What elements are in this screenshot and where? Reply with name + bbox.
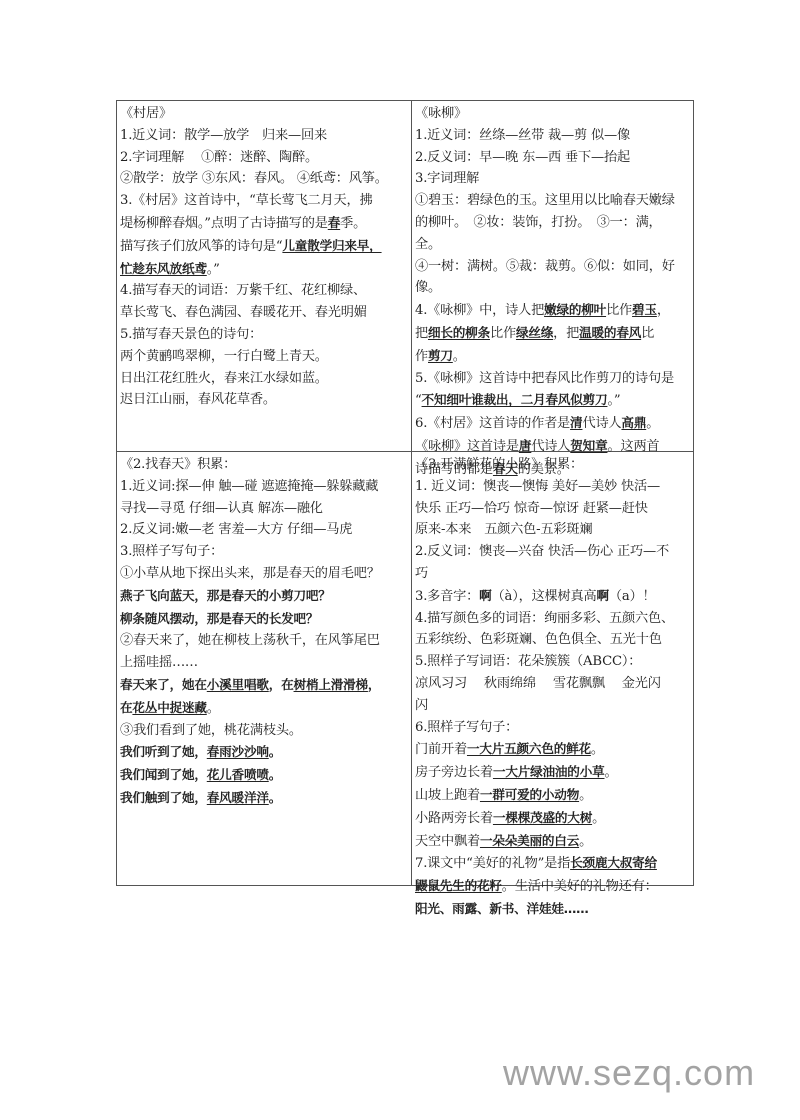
text-run: 代诗人 <box>582 416 621 431</box>
text-line: 6.照样子写句子： <box>415 717 691 739</box>
text-line: 天空中飘着一朵朵美丽的白云。 <box>415 830 691 853</box>
text-run: 2.字词理解 ①醉：迷醉、陶醉。 <box>120 150 318 165</box>
text-run: 五彩缤纷、色彩斑斓、色色俱全、五光十色 <box>415 632 662 647</box>
answer-highlight: 花丛中捉迷藏 <box>132 700 206 715</box>
text-line: 山坡上跑着一群可爱的小动物。 <box>415 784 691 807</box>
text-run: 1. 近义词：懊丧—懊悔 美好—美妙 快活— <box>415 479 660 494</box>
text-line: 3.照样子写句子： <box>120 541 408 563</box>
text-line: 7.课文中“美好的礼物”是指长颈鹿大叔寄给 <box>415 852 691 875</box>
section-lines: 1.近义词：散学—放学 归来—回来2.字词理解 ①醉：迷醉、陶醉。②散学：放学 … <box>120 125 408 411</box>
answer-highlight: 儿童散学归来早， <box>282 238 381 253</box>
text-run: 5.照样子写词语：花朵簇簇（ABCC）： <box>415 654 641 669</box>
answer-highlight: 唐 <box>519 438 531 453</box>
answer-highlight: 一棵棵茂盛的大树 <box>493 810 592 825</box>
text-run: 3.多音字： <box>415 589 479 604</box>
text-run: 。 <box>604 765 617 780</box>
section-lines: 1.近义词：丝绦—丝带 裁—剪 似—像2.反义词：早—晚 东—西 垂下—抬起3.… <box>415 125 691 481</box>
text-run: 3.《村居》这首诗中，“草长莺飞二月天，拂 <box>120 193 373 208</box>
answer-highlight: 长颈鹿大叔寄给 <box>570 855 657 870</box>
answer-highlight: 剪刀 <box>428 348 453 363</box>
text-line: 把细长的柳条比作绿丝绦，把温暖的春风比 <box>415 322 691 345</box>
text-run: 1.近义词：散学—放学 归来—回来 <box>120 128 327 143</box>
text-run: 6.《村居》这首诗的作者是 <box>415 416 570 431</box>
text-run: 。 <box>591 742 604 757</box>
text-line: 4.描写春天的词语：万紫千红、花红柳绿、 <box>120 280 408 302</box>
text-run: 门前开着 <box>415 742 467 757</box>
text-run: 迟日江山丽，春风花草香。 <box>120 392 276 407</box>
text-line: 凉风习习 秋雨绵绵 雪花飘飘 金光闪 <box>415 673 691 695</box>
text-run: 我们听到了她， <box>120 744 207 759</box>
text-line: 寻找—寻觅 仔细—认真 解冻—融化 <box>120 498 408 520</box>
text-run: 像。 <box>415 280 441 295</box>
answer-highlight: 春 <box>328 215 340 230</box>
text-run: 在 <box>120 700 132 715</box>
answer-highlight: 细长的柳条 <box>428 325 490 340</box>
text-line: 3.《村居》这首诗中，“草长莺飞二月天，拂 <box>120 190 408 212</box>
text-line: 燕子飞向蓝天，那是春天的小剪刀吧？ <box>120 585 408 608</box>
text-line: 3.字词理解 <box>415 168 691 190</box>
text-line: 小路两旁长着一棵棵茂盛的大树。 <box>415 807 691 830</box>
answer-highlight: 树梢上滑滑梯 <box>294 677 368 692</box>
text-line: 1. 近义词：懊丧—懊悔 美好—美妙 快活— <box>415 476 691 498</box>
text-line: 在花丛中捉迷藏。 <box>120 697 408 720</box>
text-line: 作剪刀。 <box>415 345 691 368</box>
text-run: 柳条随风摆动，那是春天的长发吧？ <box>120 611 318 626</box>
section-lines: 1.近义词:探—伸 触—碰 遮遮掩掩—躲躲藏藏寻找—寻觅 仔细—认真 解冻—融化… <box>120 476 408 810</box>
text-run: 把 <box>415 326 428 341</box>
text-run: 。 <box>207 701 220 716</box>
answer-highlight: 小溪里唱歌 <box>207 677 269 692</box>
answer-highlight: 贺知章 <box>570 438 607 453</box>
text-run: ①碧玉：碧绿色的玉。这里用以比喻春天嫩绿 <box>415 193 675 208</box>
text-line: 3.多音字：啊（à），这棵树真高啊（a）！ <box>415 585 691 608</box>
text-run: 草长莺飞、春色满园、春暖花开、春光明媚 <box>120 305 367 320</box>
answer-highlight: 嫩绿的柳叶 <box>544 302 606 317</box>
text-run: ， <box>368 677 380 692</box>
cell-kaiman-xianhua-xiaolu: 《3.开满鲜花的小路》积累： 1. 近义词：懊丧—懊悔 美好—美妙 快活—快乐 … <box>412 452 694 886</box>
text-run: ， <box>657 303 670 318</box>
text-run: ①小草从地下探出头来，那是春天的眉毛吧？ <box>120 566 380 581</box>
text-line: 全。 <box>415 234 691 256</box>
text-run: 1.近义词:探—伸 触—碰 遮遮掩掩—躲躲藏藏 <box>120 479 378 494</box>
text-run: 。生活中美好的礼物还有： <box>502 879 658 894</box>
text-run: 的柳叶。 ②妆：装饰，打扮。 ③一：满， <box>415 215 662 230</box>
text-run: 天空中飘着 <box>415 834 480 849</box>
text-run: 3.照样子写句子： <box>120 544 223 559</box>
text-run: 季。 <box>340 216 366 231</box>
text-run: 4.《咏柳》中，诗人把 <box>415 303 544 318</box>
section-title: 《村居》 <box>120 103 408 125</box>
text-line: 4.描写颜色多的词语：绚丽多彩、五颜六色、 <box>415 608 691 630</box>
text-line: 1.近义词：散学—放学 归来—回来 <box>120 125 408 147</box>
text-run: ④一树：满树。⑤裁：裁剪。⑥似：如同，好 <box>415 259 675 274</box>
text-run: 。” <box>607 393 620 408</box>
section-title: 《3.开满鲜花的小路》积累： <box>415 454 691 476</box>
text-run: 。 <box>592 811 605 826</box>
text-line: ③我们看到了她，桃花满枝头。 <box>120 720 408 742</box>
text-run: 全。 <box>415 237 441 252</box>
text-run: 5.描写春天景色的诗句： <box>120 327 262 342</box>
text-run: （à），这棵树真高 <box>492 589 597 604</box>
text-line: 闪 <box>415 695 691 717</box>
answer-highlight: 碧玉 <box>632 302 657 317</box>
text-line: 我们听到了她，春雨沙沙响。 <box>120 741 408 764</box>
text-run: 2.反义词：懊丧—兴奋 快活—伤心 正巧—不 <box>415 544 669 559</box>
text-line: 两个黄鹂鸣翠柳，一行白鹭上青天。 <box>120 346 408 368</box>
text-line: 我们闻到了她，花儿香喷喷。 <box>120 764 408 787</box>
text-run: ③我们看到了她，桃花满枝头。 <box>120 723 302 738</box>
text-line: 2.反义词:嫩—老 害羞—大方 仔细—马虎 <box>120 519 408 541</box>
notes-table: 《村居》 1.近义词：散学—放学 归来—回来2.字词理解 ①醉：迷醉、陶醉。②散… <box>116 100 694 886</box>
text-run: 。 <box>646 416 659 431</box>
text-line: 2.字词理解 ①醉：迷醉、陶醉。 <box>120 147 408 169</box>
text-line: 草长莺飞、春色满园、春暖花开、春光明媚 <box>120 302 408 324</box>
text-run: 。 <box>269 744 281 759</box>
text-run: 描写孩子们放风筝的诗句是“ <box>120 239 282 254</box>
text-run: 。 <box>269 767 281 782</box>
text-run: 日出江花红胜火，春来江水绿如蓝。 <box>120 371 328 386</box>
text-line: ①小草从地下探出头来，那是春天的眉毛吧？ <box>120 563 408 585</box>
text-line: 房子旁边长着一大片绿油油的小草。 <box>415 761 691 784</box>
text-run: 阳光、雨露、新书、洋娃娃…… <box>415 901 589 916</box>
text-run: 比作 <box>606 303 632 318</box>
text-line: 鼹鼠先生的花籽。生活中美好的礼物还有： <box>415 875 691 898</box>
section-title: 《2.找春天》积累： <box>120 454 408 476</box>
answer-highlight: 绿丝绦 <box>516 325 553 340</box>
text-line: 忙趁东风放纸鸢。” <box>120 258 408 281</box>
text-run: 1.近义词：丝绦—丝带 裁—剪 似—像 <box>415 128 630 143</box>
answer-highlight: 春雨沙沙响 <box>207 744 269 759</box>
text-line: 迟日江山丽，春风花草香。 <box>120 389 408 411</box>
text-run: 春天来了，她在 <box>120 677 207 692</box>
text-line: 5.照样子写词语：花朵簇簇（ABCC）： <box>415 651 691 673</box>
cell-cunju: 《村居》 1.近义词：散学—放学 归来—回来2.字词理解 ①醉：迷醉、陶醉。②散… <box>117 101 411 451</box>
text-run: 我们触到了她， <box>120 790 207 805</box>
answer-highlight: 花儿香喷喷 <box>207 767 269 782</box>
text-line: 巧 <box>415 563 691 585</box>
text-line: 1.近义词:探—伸 触—碰 遮遮掩掩—躲躲藏藏 <box>120 476 408 498</box>
text-line: ①碧玉：碧绿色的玉。这里用以比喻春天嫩绿 <box>415 190 691 212</box>
text-run: 3.字词理解 <box>415 171 479 186</box>
text-line: 阳光、雨露、新书、洋娃娃…… <box>415 898 691 921</box>
text-line: 春天来了，她在小溪里唱歌，在树梢上滑滑梯， <box>120 674 408 697</box>
text-run: ②散学：放学 ③东风：春风。 ④纸鸢：风筝。 <box>120 171 388 186</box>
text-line: 五彩缤纷、色彩斑斓、色色俱全、五光十色 <box>415 629 691 651</box>
answer-highlight: 一大片五颜六色的鲜花 <box>467 741 591 756</box>
text-line: 描写孩子们放风筝的诗句是“儿童散学归来早， <box>120 235 408 258</box>
cell-yongliu: 《咏柳》 1.近义词：丝绦—丝带 裁—剪 似—像2.反义词：早—晚 东—西 垂下… <box>412 101 694 451</box>
text-run: ，在 <box>269 677 294 692</box>
text-run: 快乐 正巧—恰巧 惊奇—惊讶 赶紧—赶快 <box>415 501 648 516</box>
text-run: 堤杨柳醉春烟。”点明了古诗描写的是 <box>120 216 328 231</box>
answer-highlight: 忙趁东风放纸鸢 <box>120 261 207 276</box>
text-line: 1.近义词：丝绦—丝带 裁—剪 似—像 <box>415 125 691 147</box>
section-lines: 1. 近义词：懊丧—懊悔 美好—美妙 快活—快乐 正巧—恰巧 惊奇—惊讶 赶紧—… <box>415 476 691 921</box>
text-run: 。 <box>269 790 281 805</box>
text-run: 闪 <box>415 698 428 713</box>
text-run: 房子旁边长着 <box>415 765 493 780</box>
answer-highlight: 清 <box>570 415 582 430</box>
text-run: 山坡上跑着 <box>415 788 480 803</box>
text-line: 像。 <box>415 277 691 299</box>
text-run: 5.《咏柳》这首诗中把春风比作剪刀的诗句是 <box>415 371 674 386</box>
answer-highlight: 温暖的春风 <box>579 325 641 340</box>
section-title: 《咏柳》 <box>415 103 691 125</box>
text-run: 6.照样子写句子： <box>415 720 518 735</box>
text-run: 两个黄鹂鸣翠柳，一行白鹭上青天。 <box>120 349 328 364</box>
text-run: 原来-本来 五颜六色-五彩斑斓 <box>415 522 592 537</box>
text-run: 。” <box>207 262 220 277</box>
answer-highlight: 一群可爱的小动物 <box>480 787 579 802</box>
text-run: 4.描写颜色多的词语：绚丽多彩、五颜六色、 <box>415 611 674 626</box>
text-run: 啊 <box>597 588 609 603</box>
answer-highlight: 春风暖洋洋 <box>207 790 269 805</box>
text-line: 6.《村居》这首诗的作者是清代诗人高鼎。 <box>415 412 691 435</box>
text-line: 4.《咏柳》中，诗人把嫩绿的柳叶比作碧玉， <box>415 299 691 322</box>
text-line: 的柳叶。 ②妆：装饰，打扮。 ③一：满， <box>415 212 691 234</box>
text-run: 比作 <box>490 326 516 341</box>
answer-highlight: 一朵朵美丽的白云 <box>480 833 579 848</box>
text-line: ④一树：满树。⑤裁：裁剪。⑥似：如同，好 <box>415 256 691 278</box>
answer-highlight: 鼹鼠先生的花籽 <box>415 878 502 893</box>
text-run: 寻找—寻觅 仔细—认真 解冻—融化 <box>120 501 323 516</box>
text-line: “不知细叶谁裁出，二月春风似剪刀。” <box>415 389 691 412</box>
text-run: ，把 <box>553 326 579 341</box>
text-run: 2.反义词：早—晚 东—西 垂下—抬起 <box>415 150 630 165</box>
text-line: 我们触到了她，春风暖洋洋。 <box>120 787 408 810</box>
text-line: 上摇哇摇…… <box>120 652 408 674</box>
answer-highlight: 不知细叶谁裁出，二月春风似剪刀 <box>422 392 608 407</box>
text-run: 凉风习习 秋雨绵绵 雪花飘飘 金光闪 <box>415 676 661 691</box>
text-line: ②春天来了，她在柳枝上荡秋千，在风筝尾巴 <box>120 630 408 652</box>
text-run: 7.课文中“美好的礼物”是指 <box>415 856 570 871</box>
text-run: 作 <box>415 349 428 364</box>
text-run: 。 <box>579 788 592 803</box>
text-line: 原来-本来 五颜六色-五彩斑斓 <box>415 519 691 541</box>
text-run: ②春天来了，她在柳枝上荡秋千，在风筝尾巴 <box>120 633 380 648</box>
text-line: 堤杨柳醉春烟。”点明了古诗描写的是春季。 <box>120 212 408 235</box>
text-line: 2.反义词：懊丧—兴奋 快活—伤心 正巧—不 <box>415 541 691 563</box>
text-run: 我们闻到了她， <box>120 767 207 782</box>
text-line: 2.反义词：早—晚 东—西 垂下—抬起 <box>415 147 691 169</box>
text-run: （a）！ <box>609 589 656 604</box>
text-run: 4.描写春天的词语：万紫千红、花红柳绿、 <box>120 283 366 298</box>
text-run: 。 <box>453 349 466 364</box>
text-run: 小路两旁长着 <box>415 811 493 826</box>
text-line: 快乐 正巧—恰巧 惊奇—惊讶 赶紧—赶快 <box>415 498 691 520</box>
text-line: 门前开着一大片五颜六色的鲜花。 <box>415 738 691 761</box>
text-line: 5.描写春天景色的诗句： <box>120 324 408 346</box>
text-run: 燕子飞向蓝天，那是春天的小剪刀吧？ <box>120 588 331 603</box>
text-line: 5.《咏柳》这首诗中把春风比作剪刀的诗句是 <box>415 368 691 390</box>
text-line: 日出江花红胜火，春来江水绿如蓝。 <box>120 368 408 390</box>
text-run: 2.反义词:嫩—老 害羞—大方 仔细—马虎 <box>120 522 352 537</box>
text-run: 啊 <box>479 588 491 603</box>
answer-highlight: 一大片绿油油的小草 <box>493 764 605 779</box>
text-run: 上摇哇摇…… <box>120 655 198 670</box>
answer-highlight: 高鼎 <box>621 415 646 430</box>
text-run: 。 <box>579 834 592 849</box>
text-run: 比 <box>641 326 654 341</box>
text-run: 巧 <box>415 566 428 581</box>
text-line: ②散学：放学 ③东风：春风。 ④纸鸢：风筝。 <box>120 168 408 190</box>
text-line: 柳条随风摆动，那是春天的长发吧？ <box>120 608 408 631</box>
cell-zhao-chuntian: 《2.找春天》积累： 1.近义词:探—伸 触—碰 遮遮掩掩—躲躲藏藏寻找—寻觅 … <box>117 452 411 886</box>
watermark: www.sezq.com <box>503 1052 755 1094</box>
